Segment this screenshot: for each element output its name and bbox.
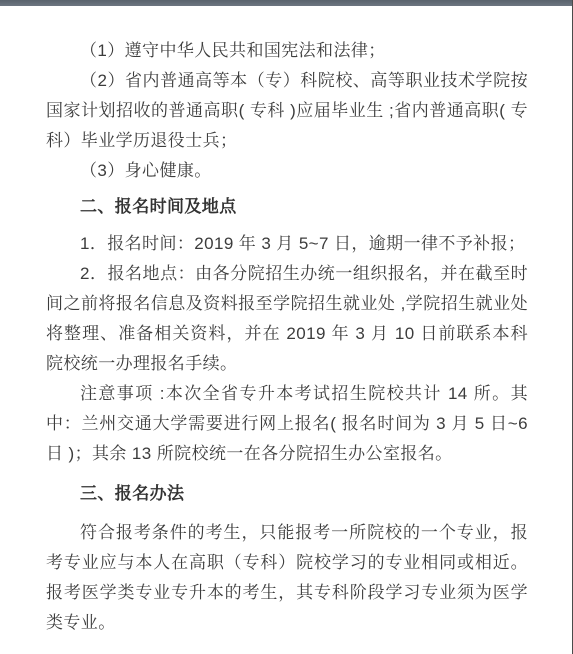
document-page: （1）遵守中华人民共和国宪法和法律； （2）省内普通高等本（专）科院校、高等职业… (0, 0, 573, 654)
registration-place-paragraph: 2．报名地点：由各分院招生办统一组织报名，并在截至时间之前将报名信息及资料报至学… (46, 259, 528, 379)
document-content: （1）遵守中华人民共和国宪法和法律； （2）省内普通高等本（专）科院校、高等职业… (0, 6, 573, 654)
condition-item-1: （1）遵守中华人民共和国宪法和法律； (46, 36, 528, 66)
condition-item-2: （2）省内普通高等本（专）科院校、高等职业技术学院按国家计划招收的普通高职( 专… (46, 66, 528, 156)
registration-method-paragraph: 符合报考条件的考生，只能报考一所院校的一个专业，报考专业应与本人在高职（专科）院… (46, 518, 528, 638)
section-heading-registration-method: 三、报名办法 (46, 479, 528, 509)
registration-time-paragraph: 1．报名时间：2019 年 3 月 5~7 日，逾期一律不予补报； (46, 229, 528, 259)
section-heading-registration-time-place: 二、报名时间及地点 (46, 192, 528, 222)
condition-item-3: （3）身心健康。 (46, 156, 528, 186)
notes-paragraph: 注意事项 :本次全省专升本考试招生院校共计 14 所。其中：兰州交通大学需要进行… (46, 379, 528, 469)
